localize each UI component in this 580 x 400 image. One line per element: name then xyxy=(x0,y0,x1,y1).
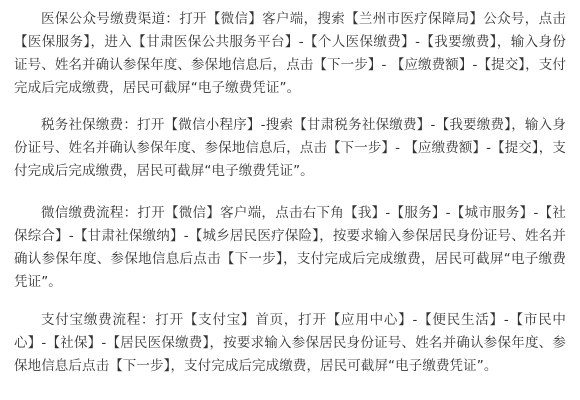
paragraph-tax-social-security-payment: 税务社保缴费：打开【微信小程序】-搜索【甘肃税务社保缴费】-【我要缴费】，输入身… xyxy=(14,114,566,183)
article-body: 医保公众号缴费渠道：打开【微信】客户端，搜索【兰州市医疗保障局】公众号，点击【医… xyxy=(14,8,566,392)
paragraph-alipay-payment-process: 支付宝缴费流程：打开【支付宝】首页，打开【应用中心】-【便民生活】-【市民中心】… xyxy=(14,309,566,378)
paragraph-wechat-payment-process: 微信缴费流程：打开【微信】客户端，点击右下角【我】-【服务】-【城市服务】-【社… xyxy=(14,202,566,294)
paragraph-medical-insurance-official-account: 医保公众号缴费渠道：打开【微信】客户端，搜索【兰州市医疗保障局】公众号，点击【医… xyxy=(14,8,566,100)
